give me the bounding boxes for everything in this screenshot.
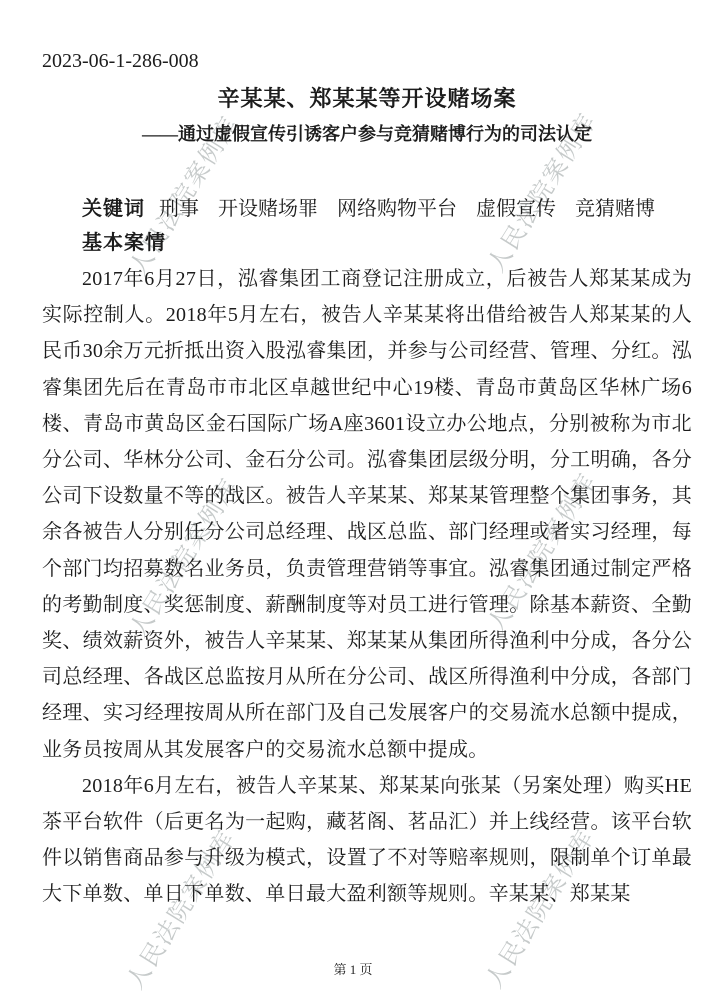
document-content: 2023-06-1-286-008 辛某某、郑某某等开设赌场案 ——通过虚假宣传… — [0, 0, 706, 913]
keyword-term: 开设赌场罪 — [218, 198, 318, 220]
case-number: 2023-06-1-286-008 — [42, 0, 692, 73]
case-title: 辛某某、郑某某等开设赌场案 — [42, 85, 692, 113]
keyword-term: 刑事 — [159, 198, 199, 220]
basic-facts-body: 2017年6月27日，泓睿集团工商登记注册成立，后被告人郑某某成为实际控制人。2… — [42, 261, 692, 913]
keyword-term: 虚假宣传 — [476, 198, 556, 220]
section-heading-basic-facts: 基本案情 — [42, 229, 692, 257]
document-page: 人民法院案例库 人民法院案例库 人民法院案例库 人民法院案例库 人民法院案例库 … — [0, 0, 706, 999]
page-footer: 第 1 页 — [0, 962, 706, 977]
keyword-term: 网络购物平台 — [337, 198, 457, 220]
keywords-line: 关键词刑事开设赌场罪网络购物平台虚假宣传竞猜赌博 — [42, 195, 692, 223]
keywords-label: 关键词 — [82, 198, 145, 220]
case-paragraph: 2018年6月左右，被告人辛某某、郑某某向张某（另案处理）购买HE茶平台软件（后… — [42, 768, 692, 913]
case-paragraph: 2017年6月27日，泓睿集团工商登记注册成立，后被告人郑某某成为实际控制人。2… — [42, 261, 692, 768]
case-subtitle: ——通过虚假宣传引诱客户参与竞猜赌博行为的司法认定 — [42, 122, 692, 146]
keyword-term: 竞猜赌博 — [575, 198, 655, 220]
